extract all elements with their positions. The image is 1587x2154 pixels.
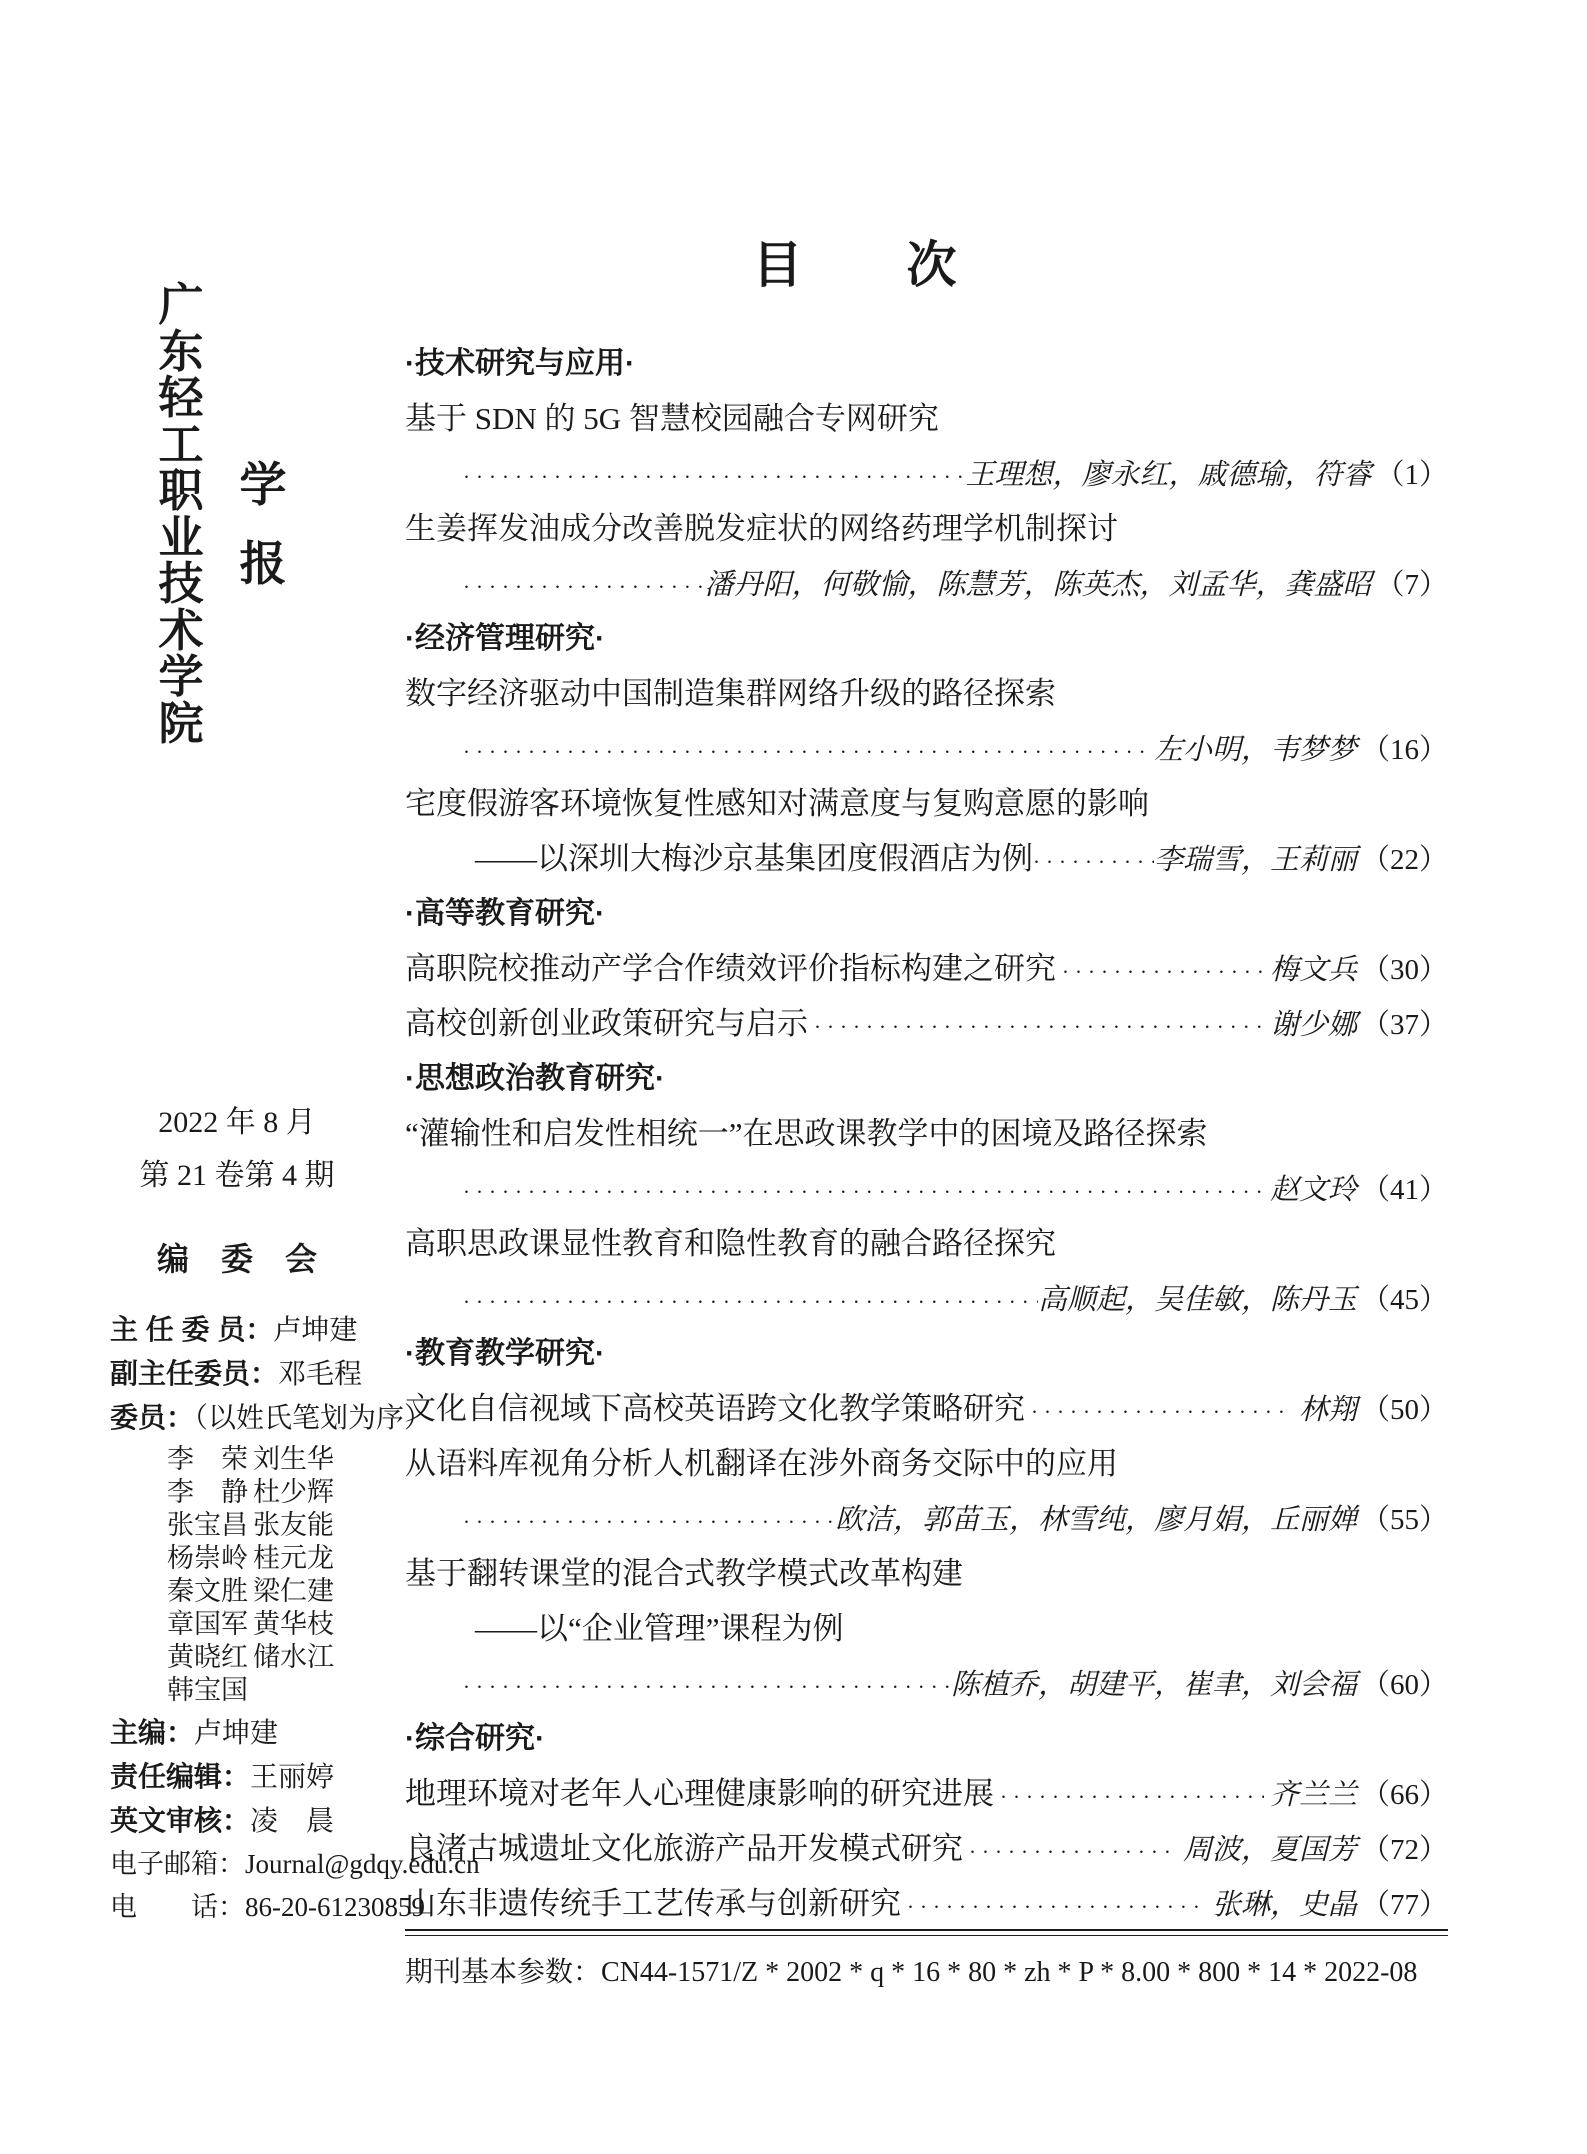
article-authors: 张琳，史晶 [1212, 1878, 1357, 1933]
staff-label: 主编： [110, 1717, 194, 1748]
article-authors: 左小明，韦梦梦 [1154, 723, 1357, 778]
board-label: 副主任委员： [110, 1358, 278, 1389]
article-title: 良渚古城遗址文化旅游产品开发模式研究 [405, 1821, 963, 1876]
member-name: 黄华枝 [253, 1608, 334, 1641]
board-label: 主 任 委 员： [110, 1314, 273, 1345]
article-title-row: 基于翻转课堂的混合式教学模式改革构建 [405, 1546, 1448, 1601]
article-inline-row: 山东非遗传统手工艺传承与创新研究张琳，史晶（77） [405, 1876, 1448, 1931]
board-value: 邓毛程 [278, 1359, 362, 1390]
member-row: 李 静杜少辉 [167, 1476, 420, 1509]
article-page: （66） [1361, 1768, 1448, 1823]
article-authors: 王理想，廖永红，戚德瑜，符睿 [965, 448, 1371, 503]
article-title: 高校创新创业政策研究与启示 [405, 996, 808, 1051]
article-authors: 谢少娜 [1270, 998, 1357, 1053]
member-row: 李 荣刘生华 [167, 1443, 420, 1476]
article-subtitle-author-row: ——以深圳大梅沙京基集团度假酒店为例李瑞雪，王莉丽（22） [405, 831, 1448, 886]
article-title: “灌输性和启发性相统一”在思政课教学中的困境及路径探索 [405, 1106, 1208, 1161]
article-page: （45） [1361, 1273, 1448, 1328]
article-author-row: 左小明，韦梦梦（16） [405, 721, 1448, 776]
leader-dots [463, 1656, 951, 1715]
member-row: 杨崇岭桂元龙 [167, 1542, 420, 1575]
member-name: 李 荣 [167, 1443, 253, 1476]
section-heading: ·高等教育研究· [405, 886, 1448, 941]
article-author-row: 欧洁，郭苗玉，林雪纯，廖月娟，丘丽婵（55） [405, 1491, 1448, 1546]
leader-dots [463, 1491, 835, 1550]
article-inline-row: 高校创新创业政策研究与启示谢少娜（37） [405, 996, 1448, 1051]
editorial-board-heading: 编 委 会 [108, 1234, 366, 1280]
article-title: 基于翻转课堂的混合式教学模式改革构建 [405, 1546, 963, 1601]
article-authors: 陈植乔，胡建平，崔聿，刘会福 [951, 1658, 1357, 1713]
journal-phone: 86-20-61230859 [245, 1892, 425, 1922]
article-page: （37） [1361, 998, 1448, 1053]
article-page: （55） [1361, 1493, 1448, 1548]
article-authors: 林翔 [1299, 1383, 1357, 1438]
article-authors: 潘丹阳，何敬愉，陈慧芳，陈英杰，刘孟华，龚盛昭 [704, 558, 1371, 613]
article-authors: 周波，夏国芳 [1183, 1823, 1357, 1878]
board-row-director: 主 任 委 员：卢坤建 [110, 1308, 420, 1352]
article-inline-row: 高职院校推动产学合作绩效评价指标构建之研究梅文兵（30） [405, 941, 1448, 996]
article-inline-row: 良渚古城遗址文化旅游产品开发模式研究周波，夏国芳（72） [405, 1821, 1448, 1876]
staff-value: 王丽婷 [250, 1762, 334, 1793]
editorial-board: 主 任 委 员：卢坤建 副主任委员：邓毛程 委员：（以姓氏笔划为序） 李 荣刘生… [110, 1308, 420, 1929]
article-author-row: 潘丹阳，何敬愉，陈慧芳，陈英杰，刘孟华，龚盛昭（7） [405, 556, 1448, 611]
leader-dots [907, 1876, 1206, 1935]
article-page: （77） [1361, 1878, 1448, 1933]
staff-row-managing-editor: 责任编辑：王丽婷 [110, 1755, 420, 1799]
member-row: 黄晓红储水江 [167, 1641, 420, 1674]
member-name: 黄晓红 [167, 1641, 253, 1674]
staff-row-email: 电子邮箱：Journal@gdqy.edu.cn [110, 1843, 420, 1886]
toc-title: 目次 [333, 232, 1376, 298]
article-title: 文化自信视域下高校英语跨文化教学策略研究 [405, 1381, 1025, 1436]
board-label: 委员： [110, 1402, 194, 1433]
table-of-contents: 目次 ·技术研究与应用· 基于 SDN 的 5G 智慧校园融合专网研究 王理想，… [405, 232, 1448, 1931]
journal-parameters-value: CN44-1571/Z * 2002 * q * 16 * 80 * zh * … [601, 1957, 1417, 1988]
section-heading: ·思想政治教育研究· [405, 1051, 1448, 1106]
member-row: 章国军黄华枝 [167, 1608, 420, 1641]
article-authors: 高顺起，吴佳敏，陈丹玉 [1038, 1273, 1357, 1328]
staff-label: 责任编辑： [110, 1761, 250, 1792]
staff-row-phone: 电 话：86-20-61230859 [110, 1886, 420, 1929]
article-author-row: 高顺起，吴佳敏，陈丹玉（45） [405, 1271, 1448, 1326]
article-title: 生姜挥发油成分改善脱发症状的网络药理学机制探讨 [405, 501, 1118, 556]
article-page: （7） [1375, 558, 1448, 613]
journal-toc-page: 广东轻工职业技术学院 学报 2022 年 8 月 第 21 卷第 4 期 编 委… [0, 0, 1587, 2154]
article-title-row: 高职思政课显性教育和隐性教育的融合路径探究 [405, 1216, 1448, 1271]
issue-block: 2022 年 8 月 第 21 卷第 4 期 [108, 1096, 366, 1202]
leader-dots [1031, 1381, 1293, 1440]
leader-dots [814, 996, 1264, 1055]
article-title-row: 宅度假游客环境恢复性感知对满意度与复购意愿的影响 [405, 776, 1448, 831]
leader-dots [463, 446, 965, 505]
article-title-row: 从语料库视角分析人机翻译在涉外商务交际中的应用 [405, 1436, 1448, 1491]
article-authors: 欧洁，郭苗玉，林雪纯，廖月娟，丘丽婵 [835, 1493, 1357, 1548]
article-title-row: 数字经济驱动中国制造集群网络升级的路径探索 [405, 666, 1448, 721]
board-members-list: 李 荣刘生华 李 静杜少辉 张宝昌张友能 杨崇岭桂元龙 秦文胜梁仁建 章国军黄华… [167, 1443, 420, 1707]
article-authors: 赵文玲 [1270, 1163, 1357, 1218]
leader-dots [463, 556, 704, 615]
article-subtitle: ——以深圳大梅沙京基集团度假酒店为例 [475, 831, 1033, 886]
article-page: （72） [1361, 1823, 1448, 1878]
article-title: 山东非遗传统手工艺传承与创新研究 [405, 1876, 901, 1931]
article-inline-row: 地理环境对老年人心理健康影响的研究进展齐兰兰（66） [405, 1766, 1448, 1821]
board-value: 卢坤建 [273, 1315, 357, 1346]
member-row: 秦文胜梁仁建 [167, 1575, 420, 1608]
member-name: 秦文胜 [167, 1575, 253, 1608]
article-author-row: 赵文玲（41） [405, 1161, 1448, 1216]
member-name: 杨崇岭 [167, 1542, 253, 1575]
staff-label: 电 话： [110, 1892, 245, 1922]
member-name: 储水江 [253, 1641, 334, 1674]
article-subtitle-row: ——以“企业管理”课程为例 [405, 1601, 1448, 1656]
journal-subtitle: 学报 [235, 447, 291, 605]
member-name: 韩宝国 [167, 1674, 253, 1707]
staff-label: 英文审核： [110, 1805, 250, 1836]
member-name: 张宝昌 [167, 1509, 253, 1542]
issue-date: 2022 年 8 月 [108, 1096, 366, 1149]
leader-dots [969, 1821, 1177, 1880]
article-title: 高职院校推动产学合作绩效评价指标构建之研究 [405, 941, 1056, 996]
article-title: 基于 SDN 的 5G 智慧校园融合专网研究 [405, 391, 939, 446]
leader-dots [1033, 831, 1154, 890]
leader-dots [1062, 941, 1264, 1000]
journal-parameters: 期刊基本参数：CN44-1571/Z * 2002 * q * 16 * 80 … [405, 1952, 1448, 1994]
article-inline-row: 文化自信视域下高校英语跨文化教学策略研究林翔（50） [405, 1381, 1448, 1436]
section-heading: ·教育教学研究· [405, 1326, 1448, 1381]
article-authors: 李瑞雪，王莉丽 [1154, 833, 1357, 888]
issue-number: 第 21 卷第 4 期 [108, 1149, 366, 1202]
staff-row-chief-editor: 主编：卢坤建 [110, 1711, 420, 1755]
member-name: 刘生华 [253, 1443, 334, 1476]
leader-dots [463, 721, 1154, 780]
toc-title-char: 次 [907, 237, 957, 293]
article-title: 地理环境对老年人心理健康影响的研究进展 [405, 1766, 994, 1821]
article-title: 从语料库视角分析人机翻译在涉外商务交际中的应用 [405, 1436, 1118, 1491]
article-title: 宅度假游客环境恢复性感知对满意度与复购意愿的影响 [405, 776, 1149, 831]
section-heading: ·综合研究· [405, 1711, 1448, 1766]
member-row: 韩宝国 [167, 1674, 420, 1707]
article-authors: 齐兰兰 [1270, 1768, 1357, 1823]
article-page: （22） [1361, 833, 1448, 888]
member-name: 桂元龙 [253, 1542, 334, 1575]
article-page: （30） [1361, 943, 1448, 998]
article-page: （1） [1375, 448, 1448, 503]
article-title-row: 基于 SDN 的 5G 智慧校园融合专网研究 [405, 391, 1448, 446]
section-heading: ·技术研究与应用· [405, 336, 1448, 391]
member-name: 张友能 [253, 1509, 334, 1542]
leader-dots [1000, 1766, 1264, 1825]
member-name: 梁仁建 [253, 1575, 334, 1608]
article-page: （60） [1361, 1658, 1448, 1713]
journal-parameters-label: 期刊基本参数： [405, 1957, 601, 1988]
member-row: 张宝昌张友能 [167, 1509, 420, 1542]
article-title: 数字经济驱动中国制造集群网络升级的路径探索 [405, 666, 1056, 721]
board-value: （以姓氏笔划为序） [194, 1403, 432, 1434]
article-author-row: 陈植乔，胡建平，崔聿，刘会福（60） [405, 1656, 1448, 1711]
article-subtitle: ——以“企业管理”课程为例 [475, 1601, 844, 1656]
article-title-row: 生姜挥发油成分改善脱发症状的网络药理学机制探讨 [405, 501, 1448, 556]
article-page: （41） [1361, 1163, 1448, 1218]
section-heading: ·经济管理研究· [405, 611, 1448, 666]
article-authors: 梅文兵 [1270, 943, 1357, 998]
member-name: 章国军 [167, 1608, 253, 1641]
article-page: （50） [1361, 1383, 1448, 1438]
footer-double-rule [405, 1929, 1448, 1936]
article-page: （16） [1361, 723, 1448, 778]
toc-title-char: 目 [753, 237, 803, 293]
staff-label: 电子邮箱： [110, 1849, 245, 1879]
article-title-row: “灌输性和启发性相统一”在思政课教学中的困境及路径探索 [405, 1106, 1448, 1161]
journal-vertical-title: 广东轻工职业技术学院 [154, 282, 208, 747]
member-name: 李 静 [167, 1476, 253, 1509]
member-name: 杜少辉 [253, 1476, 334, 1509]
board-row-deputy-director: 副主任委员：邓毛程 [110, 1352, 420, 1396]
leader-dots [463, 1271, 1038, 1330]
leader-dots [463, 1161, 1270, 1220]
article-title: 高职思政课显性教育和隐性教育的融合路径探究 [405, 1216, 1056, 1271]
staff-row-english-reviewer: 英文审核：凌 晨 [110, 1799, 420, 1843]
staff-value: 凌 晨 [250, 1806, 334, 1837]
board-row-members-note: 委员：（以姓氏笔划为序） [110, 1396, 420, 1440]
staff-value: 卢坤建 [194, 1718, 278, 1749]
article-author-row: 王理想，廖永红，戚德瑜，符睿（1） [405, 446, 1448, 501]
